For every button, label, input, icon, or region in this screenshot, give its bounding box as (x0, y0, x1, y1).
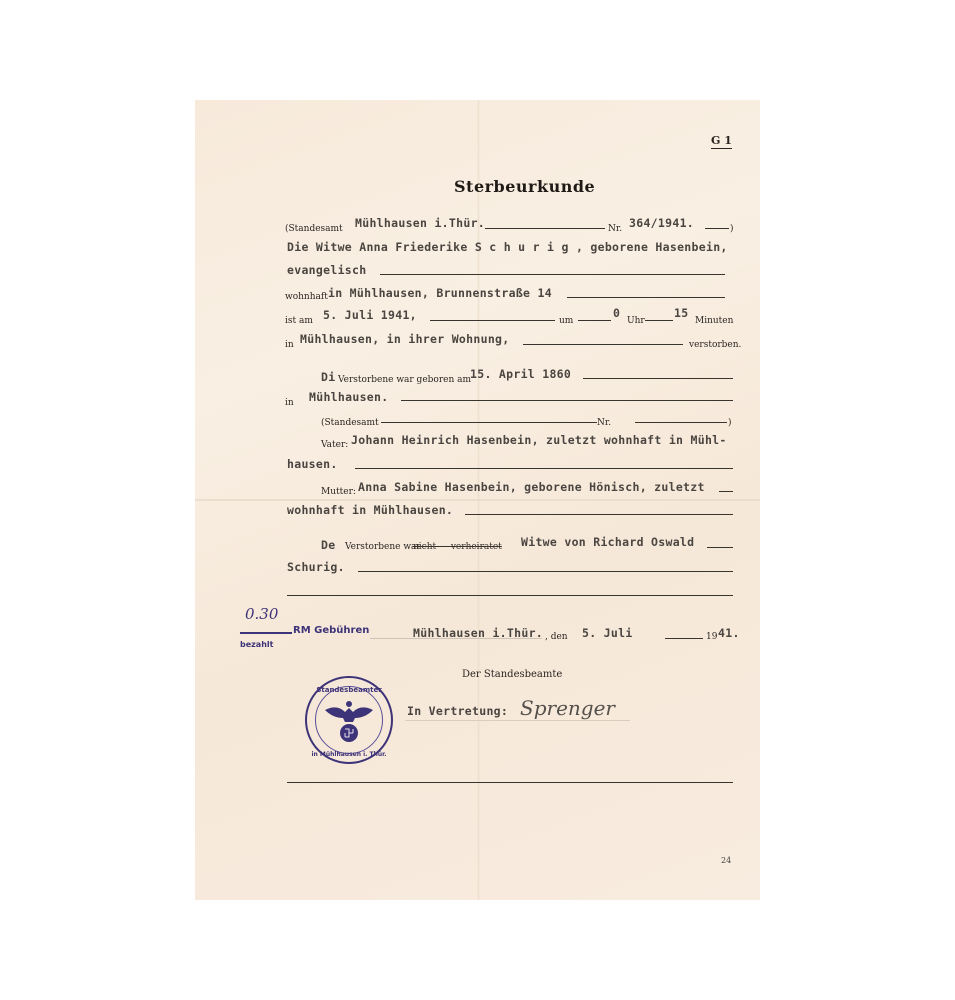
religion: evangelisch (287, 263, 366, 277)
blank-line (719, 491, 733, 492)
birth-registry-close: ) (728, 418, 732, 428)
registry-office: Mühlhausen i.Thür. (355, 216, 485, 230)
registry-number: 364/1941. (629, 216, 694, 230)
fee-handwritten-amount: 0.30 (245, 605, 278, 623)
died-label: verstorben. (689, 340, 741, 350)
blank-line (705, 228, 729, 229)
official-title: Der Standesbeamte (462, 669, 562, 680)
deceased-name-line: Die Witwe Anna Friederike S c h u r i g … (287, 240, 728, 254)
registry-nr-label: Nr. (608, 224, 622, 234)
hour-label-uhr: Uhr (627, 316, 645, 326)
mother-line-2: wohnhaft in Mühlhausen. (287, 503, 453, 517)
marital-line-1: Witwe von Richard Oswald (521, 535, 694, 549)
blank-line (583, 378, 733, 379)
blank-line (665, 638, 703, 639)
blank-line (430, 320, 555, 321)
representation-label: In Vertretung: (407, 704, 508, 718)
issue-year-suffix: 41. (718, 626, 740, 640)
blank-line (635, 422, 727, 423)
death-certificate-page: G 1 Sterbeurkunde (Standesamt Mühlhausen… (195, 100, 760, 900)
issue-year-prefix: 19 (706, 632, 717, 642)
blank-line (485, 228, 605, 229)
marital-prefix-article: De (321, 538, 335, 552)
issue-date: 5. Juli (582, 626, 633, 640)
eagle-emblem-icon: Standesbeamter in Mühlhausen i. Thür. (305, 676, 393, 764)
paper-fold-horizontal (195, 499, 760, 501)
birth-registry-label: (Standesamt (321, 418, 379, 428)
seal-top-text: Standesbeamter (316, 686, 382, 694)
issue-place-line (370, 638, 542, 639)
death-date: 5. Juli 1941, (323, 308, 417, 322)
blank-line (287, 595, 733, 596)
blank-line (645, 320, 673, 321)
signature-line (405, 720, 630, 721)
father-label: Vater: (321, 440, 348, 450)
blank-line (380, 274, 725, 275)
page-number: 24 (721, 856, 731, 865)
blank-line (567, 297, 725, 298)
death-date-label: ist am (285, 316, 313, 326)
father-line-2: hausen. (287, 457, 338, 471)
birth-place: Mühlhausen. (309, 390, 388, 404)
blank-line (358, 571, 733, 572)
blank-line (381, 422, 597, 423)
mother-label: Mutter: (321, 487, 356, 497)
birth-nr-label: Nr. (597, 418, 611, 428)
official-seal: Standesbeamter in Mühlhausen i. Thür. (305, 676, 393, 764)
bottom-rule (287, 782, 733, 783)
fee-stamp-label: RM Gebühren (293, 625, 369, 636)
marital-struck-options: nicht — verheiratet (413, 542, 502, 552)
minutes-value: 15 (674, 306, 688, 320)
residence-label: wohnhaft (285, 292, 328, 302)
blank-line (401, 400, 733, 401)
birth-label: Verstorbene war geboren am (338, 375, 471, 385)
birth-prefix-article: Di (321, 370, 335, 384)
minutes-label: Minuten (695, 316, 733, 326)
blank-line (578, 320, 611, 321)
blank-line (465, 514, 733, 515)
seal-bottom-text: in Mühlhausen i. Thür. (311, 751, 386, 758)
hour-label-um: um (559, 316, 573, 326)
birth-place-label: in (285, 398, 294, 408)
death-place: Mühlhausen, in ihrer Wohnung, (300, 332, 509, 346)
registry-label: (Standesamt (285, 224, 343, 234)
death-place-label: in (285, 340, 294, 350)
fee-stamp-line (240, 632, 292, 634)
blank-line (355, 468, 733, 469)
official-signature: Sprenger (520, 696, 615, 720)
mother-line-1: Anna Sabine Hasenbein, geborene Hönisch,… (358, 480, 705, 494)
form-code: G 1 (711, 134, 732, 149)
blank-line (707, 547, 733, 548)
fee-stamp-paid: bezahlt (240, 640, 273, 649)
document-title: Sterbeurkunde (454, 177, 595, 196)
hour-value: 0 (613, 306, 620, 320)
marital-label: Verstorbene war (345, 542, 421, 552)
issue-den-label: , den (545, 632, 568, 642)
registry-close: ) (730, 224, 734, 234)
blank-line (523, 344, 683, 345)
birth-date: 15. April 1860 (470, 367, 571, 381)
residence: in Mühlhausen, Brunnenstraße 14 (328, 286, 552, 300)
marital-line-2: Schurig. (287, 560, 345, 574)
father-line-1: Johann Heinrich Hasenbein, zuletzt wohnh… (351, 433, 727, 447)
